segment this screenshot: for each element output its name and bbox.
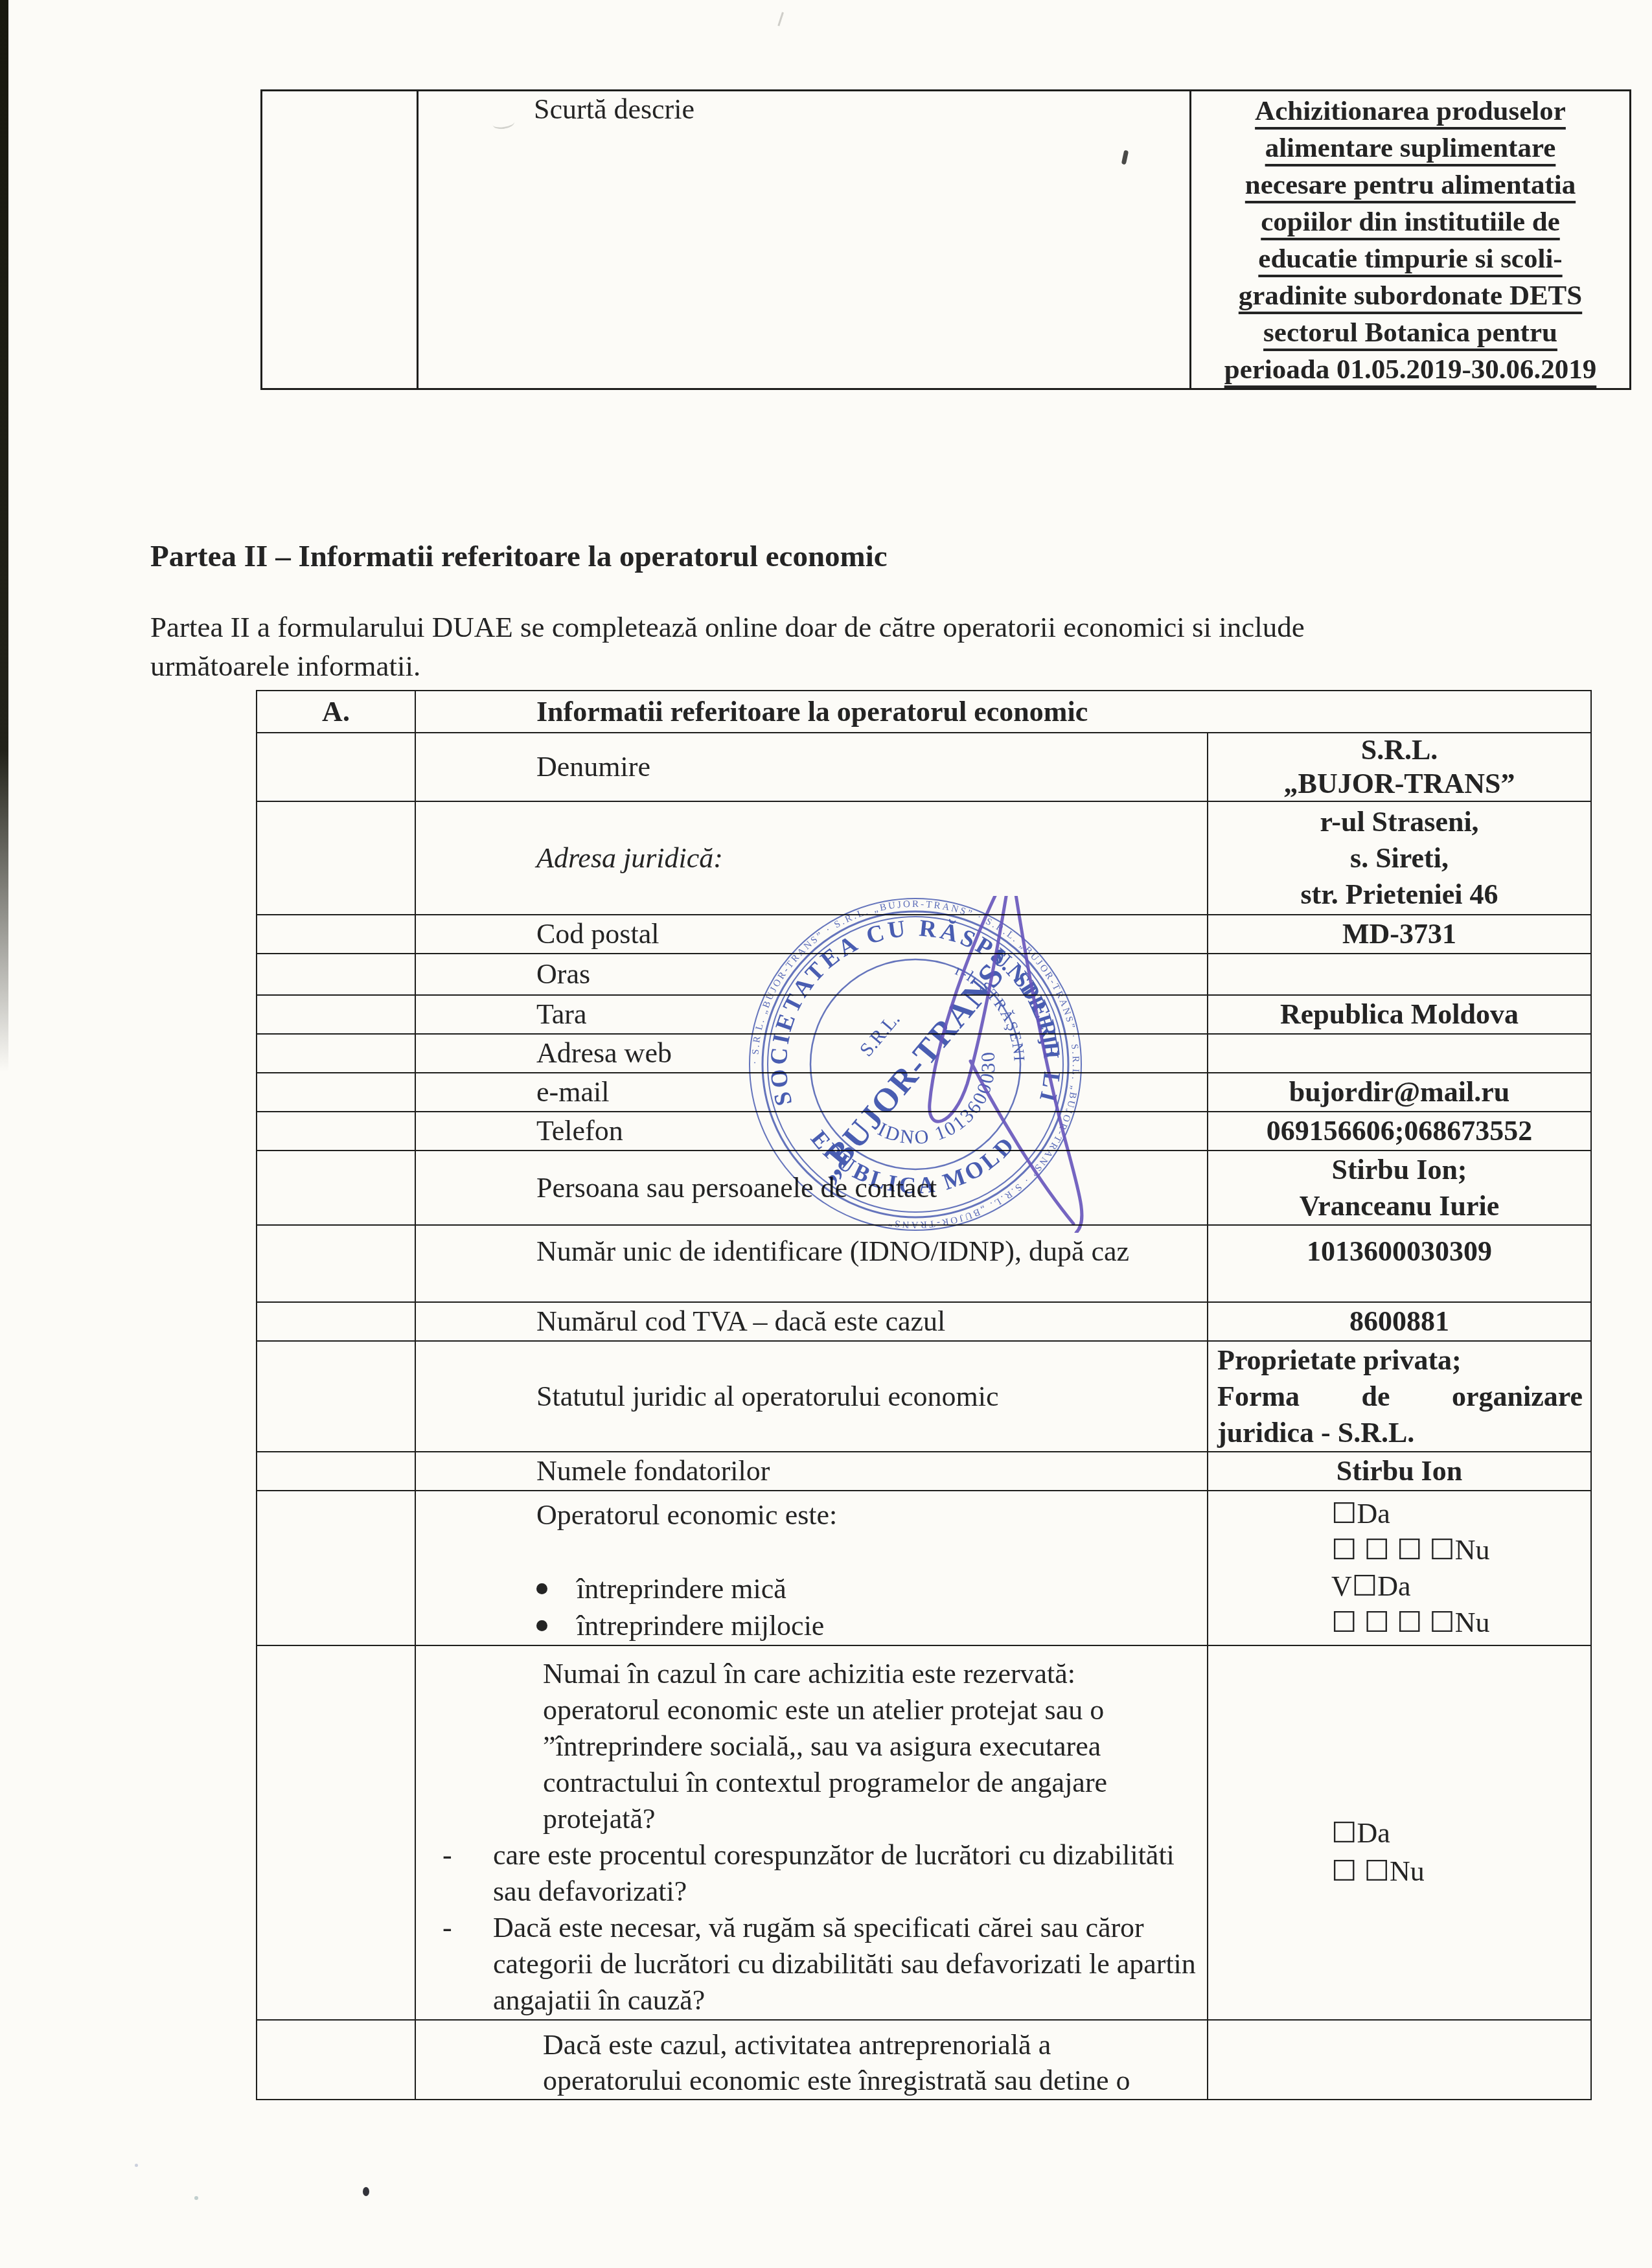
empty-cell	[257, 1225, 415, 1302]
empty-cell	[1208, 2020, 1591, 2100]
checkbox-line: ☐Da	[1331, 1496, 1584, 1532]
checkbox-group: ☐Da ☐ ☐Nu	[1208, 1645, 1591, 2020]
section-intro: Partea II a formularului DUAE se complet…	[150, 608, 1635, 685]
checkbox-line: ☐ ☐Nu	[1331, 1852, 1584, 1890]
value-line: gradinite subordonate DETS	[1197, 277, 1624, 314]
row-value: 1013600030309	[1208, 1225, 1591, 1302]
short-description-label: Scurtă descrie	[534, 93, 694, 125]
empty-cell	[257, 1452, 415, 1491]
checkbox-line: ☐Da	[1331, 1814, 1584, 1852]
table-row: Numai în cazul în care achizitia este re…	[257, 1645, 1591, 2020]
table-row: Număr unic de identificare (IDNO/IDNP), …	[257, 1225, 1591, 1302]
intro-line: Partea II a formularului DUAE se complet…	[150, 608, 1635, 647]
value-line: Achizitionarea produselor	[1197, 93, 1624, 130]
row-label: Numele fondatorilor	[415, 1452, 1208, 1491]
value-line: alimentare suplimentare	[1197, 130, 1624, 166]
table-row: Numărul cod TVA – dacă este cazul 860088…	[257, 1302, 1591, 1341]
bullet-icon	[536, 1583, 547, 1594]
empty-cell	[257, 1034, 415, 1073]
section-letter: A.	[257, 691, 415, 733]
value-line: sectorul Botanica pentru	[1197, 314, 1624, 351]
row-label: Denumire	[415, 733, 1208, 801]
table-row: A. Informatii referitoare la operatorul …	[257, 691, 1591, 733]
row-label: Numărul cod TVA – dacă este cazul	[415, 1302, 1208, 1341]
checkbox-line: ☐ ☐ ☐ ☐Nu	[1331, 1605, 1584, 1641]
row-value: 069156606;068673552	[1208, 1112, 1591, 1151]
table-row: Statutul juridic al operatorului economi…	[257, 1341, 1591, 1452]
row-value	[1208, 1034, 1591, 1073]
scan-edge-artifact	[0, 0, 8, 1072]
scan-artifact	[363, 2187, 369, 2196]
row-value: Stirbu Ion; Vranceanu Iurie	[1208, 1151, 1591, 1225]
bullet-icon	[536, 1620, 547, 1631]
empty-cell	[257, 2020, 415, 2100]
row-value: Republica Moldova	[1208, 995, 1591, 1034]
list-item: întreprindere mijlocie	[536, 1607, 1178, 1644]
short-description-table: Scurtă descrie Achizitionarea produselor…	[260, 89, 1631, 390]
value-line: educatie timpurie si scoli-	[1197, 240, 1624, 277]
row-label-cell: Dacă este cazul, activitatea antreprenor…	[415, 2020, 1208, 2100]
list-item: Dacă este necesar, vă rugăm să specifica…	[416, 1910, 1196, 2019]
row-value: Proprietate privata; Forma de organizare…	[1208, 1341, 1591, 1452]
row-paragraph: Numai în cazul în care achizitia este re…	[543, 1656, 1194, 1837]
row-label: Număr unic de identificare (IDNO/IDNP), …	[415, 1225, 1208, 1302]
row-value	[1208, 954, 1591, 995]
stamp-center-srl: S.R.L.	[856, 1009, 904, 1061]
empty-cell	[257, 1112, 415, 1151]
empty-cell	[257, 733, 415, 801]
empty-cell	[257, 1341, 415, 1452]
empty-cell	[257, 1151, 415, 1225]
empty-cell	[257, 1302, 415, 1341]
row-value: MD-3731	[1208, 915, 1591, 954]
row-label-cell: Operatorul economic este: întreprindere …	[415, 1491, 1208, 1645]
section-heading: Partea II – Informatii referitoare la op…	[150, 539, 1634, 574]
empty-cell	[257, 1073, 415, 1112]
row-label: Dacă este cazul, activitatea antreprenor…	[543, 2027, 1197, 2098]
checkbox-line: ☐ ☐ ☐ ☐Nu	[1331, 1532, 1584, 1568]
scanned-document-page: Scurtă descrie Achizitionarea produselor…	[0, 0, 1652, 2268]
row-value: 8600881	[1208, 1302, 1591, 1341]
row-label: Statutul juridic al operatorului economi…	[415, 1341, 1208, 1452]
row-value: bujordir@mail.ru	[1208, 1073, 1591, 1112]
empty-cell	[257, 915, 415, 954]
list-item: care este procentul corespunzător de luc…	[416, 1837, 1196, 1910]
intro-line: următoarele informatii.	[150, 647, 1635, 685]
empty-cell	[257, 1645, 415, 2020]
table-row: Operatorul economic este: întreprindere …	[257, 1491, 1591, 1645]
row-label-cell: Numai în cazul în care achizitia este re…	[415, 1645, 1208, 2020]
row-value: Stirbu Ion	[1208, 1452, 1591, 1491]
table-title: Informatii referitoare la operatorul eco…	[415, 691, 1591, 733]
checkbox-line: V☐Da	[1331, 1568, 1584, 1605]
scan-artifact	[768, 9, 784, 27]
row-value: S.R.L. „BUJOR-TRANS”	[1208, 733, 1591, 801]
table-row: Denumire S.R.L. „BUJOR-TRANS”	[257, 733, 1591, 801]
list-item: întreprindere mică	[536, 1570, 1178, 1607]
company-stamp: · S.R.L. „BUJOR-TRANS” · S.R.L. „BUJOR-T…	[747, 896, 1084, 1233]
value-line: perioada 01.05.2019-30.06.2019	[1197, 351, 1624, 388]
value-line: copiilor din institutiile de	[1197, 203, 1624, 240]
empty-cell	[257, 995, 415, 1034]
empty-cell	[257, 801, 415, 915]
table-row: Dacă este cazul, activitatea antreprenor…	[257, 2020, 1591, 2100]
short-description-label-cell: Scurtă descrie	[418, 91, 1191, 389]
short-description-value-cell: Achizitionarea produselor alimentare sup…	[1191, 91, 1631, 389]
checkbox-group: ☐Da ☐ ☐ ☐ ☐Nu V☐Da ☐ ☐ ☐ ☐Nu	[1208, 1491, 1591, 1645]
scan-artifact	[194, 2196, 198, 2200]
scan-artifact	[135, 2164, 138, 2167]
value-line: necesare pentru alimentatia	[1197, 166, 1624, 203]
empty-cell	[257, 1491, 415, 1645]
row-value: r-ul Straseni, s. Sireti, str. Prietenie…	[1208, 801, 1591, 915]
bullet-list: întreprindere mică întreprindere mijloci…	[536, 1570, 1178, 1644]
table-row: Numele fondatorilor Stirbu Ion	[257, 1452, 1591, 1491]
empty-cell	[257, 954, 415, 995]
empty-cell	[262, 91, 418, 389]
row-label: Operatorul economic este:	[536, 1496, 1178, 1533]
